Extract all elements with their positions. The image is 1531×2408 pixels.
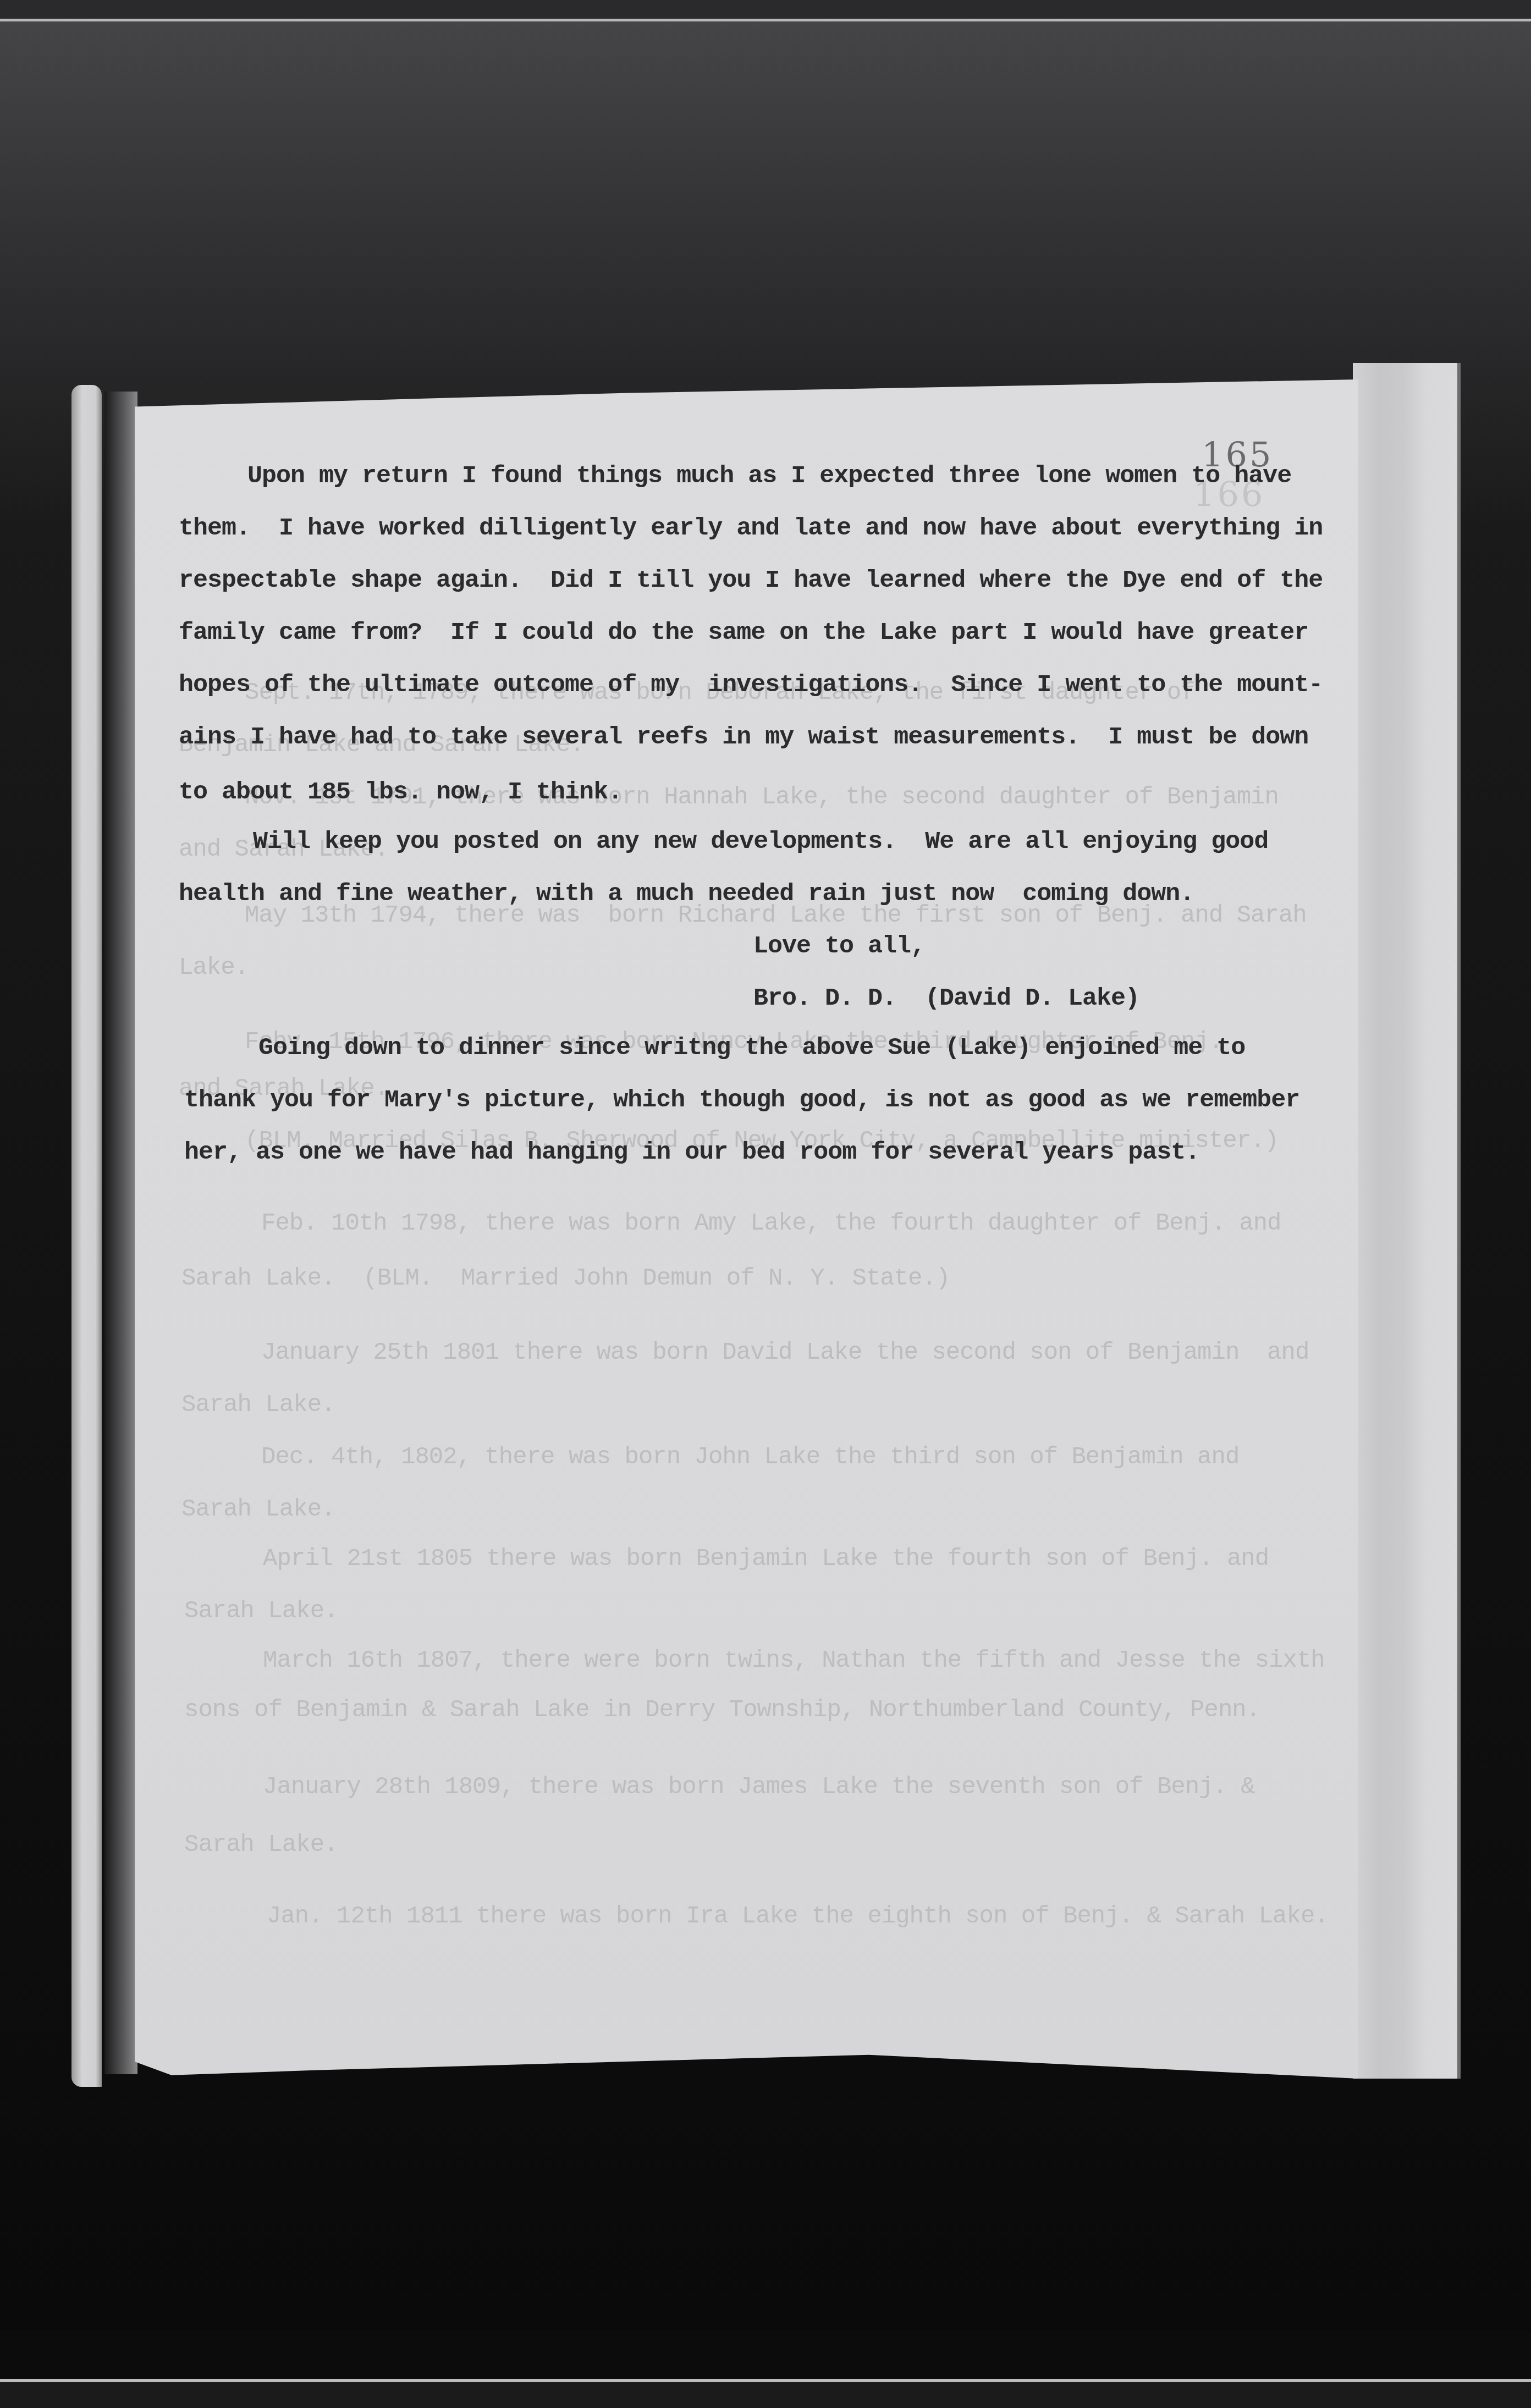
bleed-line: Lake. — [179, 954, 249, 982]
bleed-line: Sarah Lake. — [184, 1831, 338, 1859]
letter-line: hopes of the ultimate outcome of my inve… — [179, 671, 1323, 699]
scanner-top-strip — [0, 0, 1531, 19]
letter-line: to about 185 lbs. now, I think. — [179, 778, 622, 806]
postscript-line: her, as one we have had hanging in our b… — [184, 1138, 1199, 1166]
book-gutter — [104, 392, 137, 2074]
bleed-line: Sarah Lake. — [181, 1391, 335, 1419]
letter-line: respectable shape again. Did I till you … — [179, 566, 1323, 594]
scanner-bottom-strip — [0, 2382, 1531, 2408]
postscript-line: thank you for Mary's picture, which thou… — [184, 1086, 1299, 1114]
letter-line: ains I have had to take several reefs in… — [179, 723, 1308, 751]
bleed-line: Dec. 4th, 1802, there was born John Lake… — [261, 1443, 1239, 1471]
postscript-line: Going down to dinner since writng the ab… — [258, 1034, 1245, 1062]
letter-line: family came from? If I could do the same… — [179, 619, 1308, 647]
bleed-line: Sarah Lake. — [184, 1597, 338, 1625]
bleed-line: Feb. 10th 1798, there was born Amy Lake,… — [261, 1210, 1281, 1237]
letter-line: Upon my return I found things much as I … — [247, 462, 1291, 490]
letter-line: Will keep you posted on any new developm… — [253, 828, 1268, 856]
bleed-line: Jan. 12th 1811 there was born Ira Lake t… — [267, 1903, 1329, 1930]
facing-page-edge — [71, 385, 102, 2087]
letter-line: them. I have worked dilligently early an… — [179, 514, 1323, 542]
bleed-line: January 28th 1809, there was born James … — [263, 1773, 1255, 1801]
letter-closing: Love to all, — [753, 932, 925, 960]
bleed-line: March 16th 1807, there were born twins, … — [263, 1647, 1325, 1674]
letter-line: health and fine weather, with a much nee… — [179, 880, 1194, 908]
bleed-line: sons of Benjamin & Sarah Lake in Derry T… — [184, 1696, 1260, 1724]
page-stack-edge — [1353, 363, 1461, 2079]
bleed-line: January 25th 1801 there was born David L… — [261, 1339, 1309, 1366]
bleed-line: Sarah Lake. (BLM. Married John Demun of … — [181, 1265, 950, 1292]
bleed-line: Sarah Lake. — [181, 1496, 335, 1523]
letter-signature: Bro. D. D. (David D. Lake) — [753, 984, 1139, 1012]
bleed-line: April 21st 1805 there was born Benjamin … — [263, 1545, 1269, 1573]
